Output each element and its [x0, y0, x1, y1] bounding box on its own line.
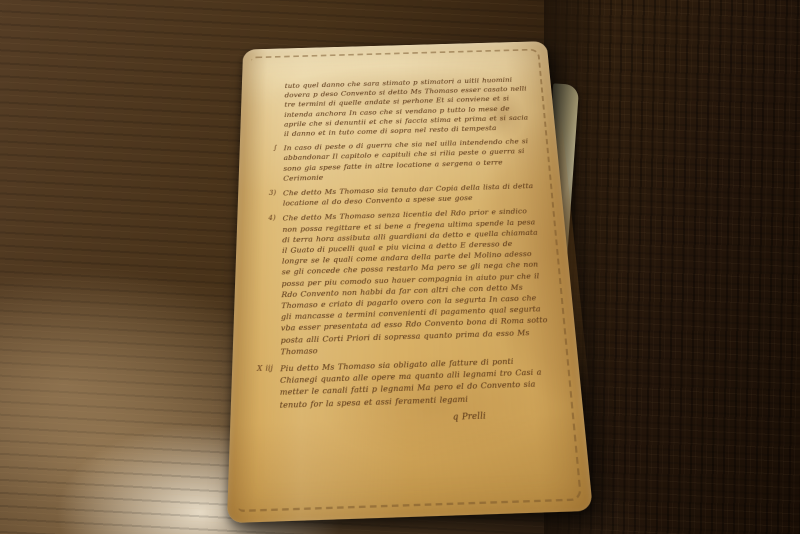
paragraph-text: tuto quel danno che sara stimato p stima… — [284, 75, 531, 139]
margin-mark: 4) — [249, 213, 283, 358]
manuscript-paragraph: X iij Piu detto Ms Thomaso sia obligato … — [248, 354, 555, 412]
paragraph-text: In caso di peste o di guerra che sia nel… — [283, 136, 535, 183]
paragraph-text: Che detto Ms Thomaso senza licentia del … — [280, 206, 550, 358]
paragraph-text: Che detto Ms Thomaso sia tenuto dar Copi… — [283, 181, 537, 209]
margin-mark: ∫ — [254, 143, 284, 184]
manuscript-paragraph: ∫ In caso di peste o di guerra che sia n… — [254, 136, 535, 184]
manuscript-paragraph: tuto quel danno che sara stimato p stima… — [255, 75, 531, 140]
manuscript-paragraph: 4) Che detto Ms Thomaso senza licentia d… — [249, 206, 550, 359]
manuscript-paragraph: 3) Che detto Ms Thomaso sia tenuto dar C… — [253, 181, 537, 210]
leather-journal-cover: tuto quel danno che sara stimato p stima… — [227, 41, 593, 523]
paragraph-text: Piu detto Ms Thomaso sia obligato alle f… — [280, 354, 555, 411]
manuscript-text: tuto quel danno che sara stimato p stima… — [247, 75, 556, 430]
photo-scene: tuto quel danno che sara stimato p stima… — [0, 0, 800, 534]
margin-mark: X iij — [248, 363, 281, 412]
margin-mark: 3) — [253, 188, 283, 210]
margin-mark — [255, 81, 285, 139]
